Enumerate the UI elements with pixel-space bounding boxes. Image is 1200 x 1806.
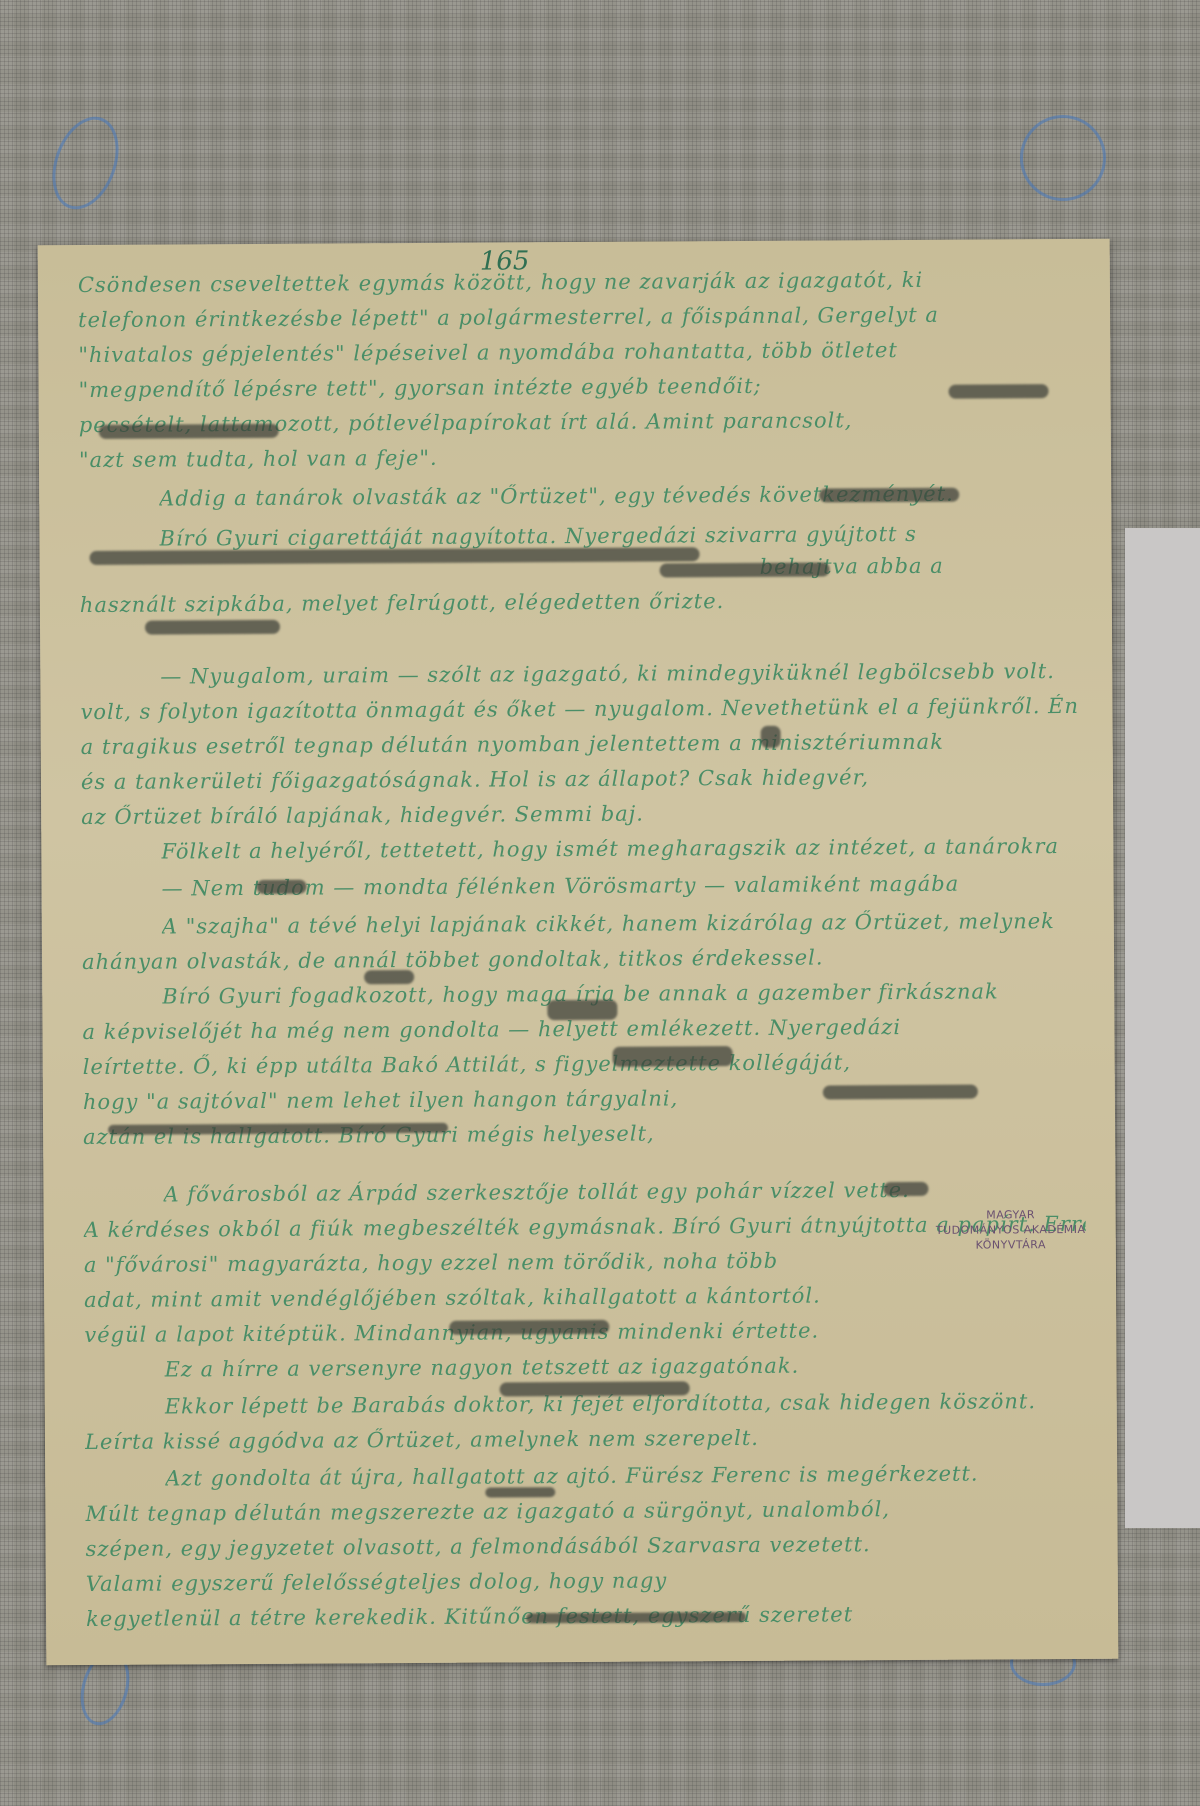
crossed-out-text — [761, 726, 781, 748]
underlying-white-sheet — [1125, 528, 1200, 1528]
crossed-out-text — [660, 562, 830, 577]
blue-pencil-mark-top-left — [40, 107, 130, 218]
crossed-out-text — [819, 488, 959, 503]
manuscript-page: 165 Csöndesen cseveltettek egymás között… — [38, 239, 1119, 1666]
crossed-out-text — [449, 1320, 609, 1335]
crossed-out-text — [823, 1085, 978, 1100]
crossed-out-text — [526, 1612, 746, 1623]
crossed-out-text — [500, 1381, 690, 1396]
crossed-out-text — [364, 970, 414, 984]
crossed-out-text — [883, 1182, 928, 1196]
crossed-out-text — [99, 424, 279, 439]
blue-pencil-mark-top-right — [1020, 115, 1106, 201]
crossed-out-text — [108, 1123, 448, 1135]
stamp-line-1: MAGYAR — [926, 1207, 1096, 1223]
stamp-line-2: TUDOMÁNYOS AKADÉMIA — [926, 1222, 1096, 1238]
crossed-out-text — [547, 1000, 617, 1020]
crossed-out-text — [257, 880, 307, 894]
crossed-out-text — [949, 384, 1049, 399]
manuscript-line: kegyetlenül a tétre kerekedik. Kitűnően … — [86, 1601, 1088, 1647]
crossed-out-text — [613, 1046, 733, 1067]
stamp-line-3: KÖNYVTÁRA — [926, 1237, 1096, 1253]
crossed-out-text — [145, 620, 280, 635]
library-stamp: MAGYAR TUDOMÁNYOS AKADÉMIA KÖNYVTÁRA — [926, 1207, 1096, 1253]
crossed-out-text — [485, 1487, 555, 1497]
